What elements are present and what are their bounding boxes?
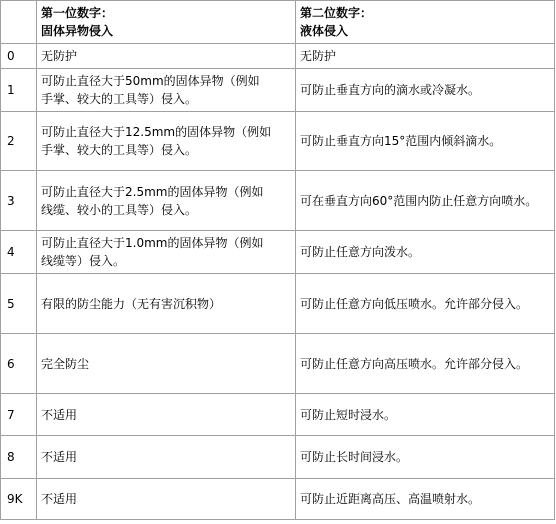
row-liquid-protection: 无防护 [296,44,555,69]
header-solid-subtitle: 固体异物侵入 [41,22,291,40]
solid-text-line1: 可防止直径大于2.5mm的固体异物（例如 [41,183,291,201]
row-liquid-protection: 可防止长时间浸水。 [296,436,555,479]
solid-text-line1: 有限的防尘能力（无有害沉积物） [41,295,291,313]
solid-text-line1: 完全防尘 [41,355,291,373]
row-liquid-protection: 可防止任意方向低压喷水。允许部分侵入。 [296,274,555,334]
table-row: 7 不适用 可防止短时浸水。 [1,394,555,436]
solid-text-line1: 无防护 [41,47,291,65]
header-code-cell [1,1,37,44]
solid-text-line2: 手掌、较大的工具等）侵入。 [41,141,291,159]
header-solid-cell: 第一位数字： 固体异物侵入 [37,1,296,44]
header-liquid-subtitle: 液体侵入 [300,22,550,40]
row-solid-protection: 可防止直径大于50mm的固体异物（例如 手掌、较大的工具等）侵入。 [37,69,296,112]
table-row: 2 可防止直径大于12.5mm的固体异物（例如 手掌、较大的工具等）侵入。 可防… [1,112,555,171]
solid-text-line2: 线缆等）侵入。 [41,252,291,270]
table-row: 8 不适用 可防止长时间浸水。 [1,436,555,479]
header-liquid-title: 第二位数字： [300,4,550,22]
row-code: 6 [1,334,37,394]
solid-text-line1: 不适用 [41,406,291,424]
row-code: 8 [1,436,37,479]
row-code: 3 [1,171,37,231]
solid-text-line1: 可防止直径大于1.0mm的固体异物（例如 [41,234,291,252]
row-code: 7 [1,394,37,436]
table-row: 0 无防护 无防护 [1,44,555,69]
row-solid-protection: 不适用 [37,394,296,436]
solid-text-line2: 手掌、较大的工具等）侵入。 [41,90,291,108]
row-liquid-protection: 可防止短时浸水。 [296,394,555,436]
solid-text-line1: 可防止直径大于50mm的固体异物（例如 [41,72,291,90]
solid-text-line1: 可防止直径大于12.5mm的固体异物（例如 [41,123,291,141]
row-code: 9K [1,479,37,520]
row-code: 1 [1,69,37,112]
table-row: 5 有限的防尘能力（无有害沉积物） 可防止任意方向低压喷水。允许部分侵入。 [1,274,555,334]
table-row: 9K 不适用 可防止近距离高压、高温喷射水。 [1,479,555,520]
solid-text-line2: 线缆、较小的工具等）侵入。 [41,201,291,219]
table-row: 1 可防止直径大于50mm的固体异物（例如 手掌、较大的工具等）侵入。 可防止垂… [1,69,555,112]
row-liquid-protection: 可防止任意方向高压喷水。允许部分侵入。 [296,334,555,394]
row-solid-protection: 可防止直径大于2.5mm的固体异物（例如 线缆、较小的工具等）侵入。 [37,171,296,231]
row-solid-protection: 有限的防尘能力（无有害沉积物） [37,274,296,334]
row-code: 0 [1,44,37,69]
solid-text-line1: 不适用 [41,448,291,466]
table-row: 6 完全防尘 可防止任意方向高压喷水。允许部分侵入。 [1,334,555,394]
row-code: 5 [1,274,37,334]
table-row: 3 可防止直径大于2.5mm的固体异物（例如 线缆、较小的工具等）侵入。 可在垂… [1,171,555,231]
solid-text-line1: 不适用 [41,490,291,508]
table-row: 4 可防止直径大于1.0mm的固体异物（例如 线缆等）侵入。 可防止任意方向泼水… [1,231,555,274]
ip-rating-table: 第一位数字： 固体异物侵入 第二位数字： 液体侵入 0 无防护 无防护 1 可防… [0,0,555,520]
header-liquid-cell: 第二位数字： 液体侵入 [296,1,555,44]
row-liquid-protection: 可防止近距离高压、高温喷射水。 [296,479,555,520]
header-solid-title: 第一位数字： [41,4,291,22]
row-solid-protection: 可防止直径大于12.5mm的固体异物（例如 手掌、较大的工具等）侵入。 [37,112,296,171]
row-code: 2 [1,112,37,171]
row-solid-protection: 可防止直径大于1.0mm的固体异物（例如 线缆等）侵入。 [37,231,296,274]
row-liquid-protection: 可防止垂直方向15°范围内倾斜滴水。 [296,112,555,171]
table-header-row: 第一位数字： 固体异物侵入 第二位数字： 液体侵入 [1,1,555,44]
row-code: 4 [1,231,37,274]
row-liquid-protection: 可在垂直方向60°范围内防止任意方向喷水。 [296,171,555,231]
row-liquid-protection: 可防止任意方向泼水。 [296,231,555,274]
row-solid-protection: 不适用 [37,436,296,479]
row-solid-protection: 无防护 [37,44,296,69]
row-solid-protection: 完全防尘 [37,334,296,394]
row-solid-protection: 不适用 [37,479,296,520]
row-liquid-protection: 可防止垂直方向的滴水或冷凝水。 [296,69,555,112]
